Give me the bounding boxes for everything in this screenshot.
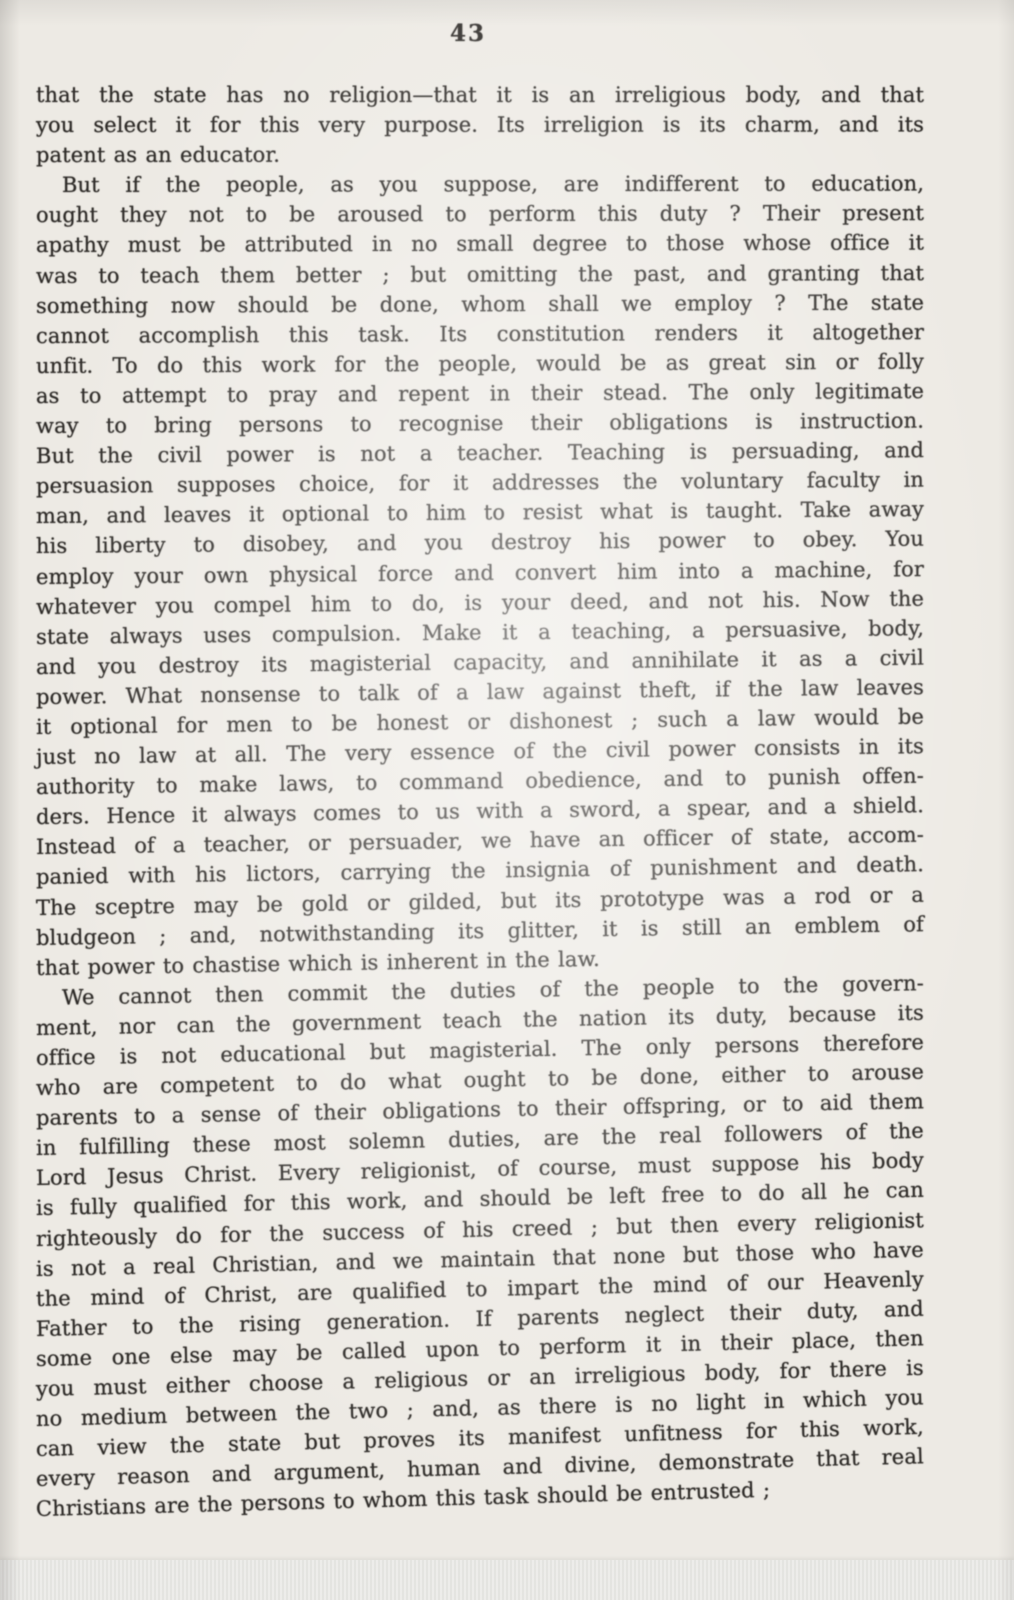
text-line: apathy must be attributed in no small de… — [36, 228, 924, 261]
text-line: unfit. To do this work for the people, w… — [36, 346, 924, 381]
scan-edge-band — [0, 1560, 1014, 1600]
text-line: cannot accomplish this task. Its constit… — [36, 317, 924, 351]
text-line: patent as an educator. — [36, 139, 924, 170]
text-line: that the state has no religion—that it i… — [36, 80, 924, 110]
paragraph: We cannot then commit the duties of the … — [36, 983, 924, 1525]
text-line: But if the people, as you suppose, are i… — [36, 169, 924, 201]
text-line: ought they not to be aroused to perform … — [36, 198, 924, 230]
text-column: that the state has no religion—that it i… — [36, 80, 924, 1525]
paragraph: that the state has no religion—that it i… — [36, 80, 924, 170]
paragraph: But if the people, as you suppose, are i… — [36, 170, 924, 983]
text-line: something now should be done, whom shall… — [36, 287, 924, 321]
page-number: 43 — [438, 20, 498, 47]
text-line: you select it for this very purpose. Its… — [36, 110, 924, 141]
text-line: was to teach them better ; but omitting … — [36, 258, 924, 291]
scanned-page: 43 that the state has no religion—that i… — [0, 0, 1014, 1600]
